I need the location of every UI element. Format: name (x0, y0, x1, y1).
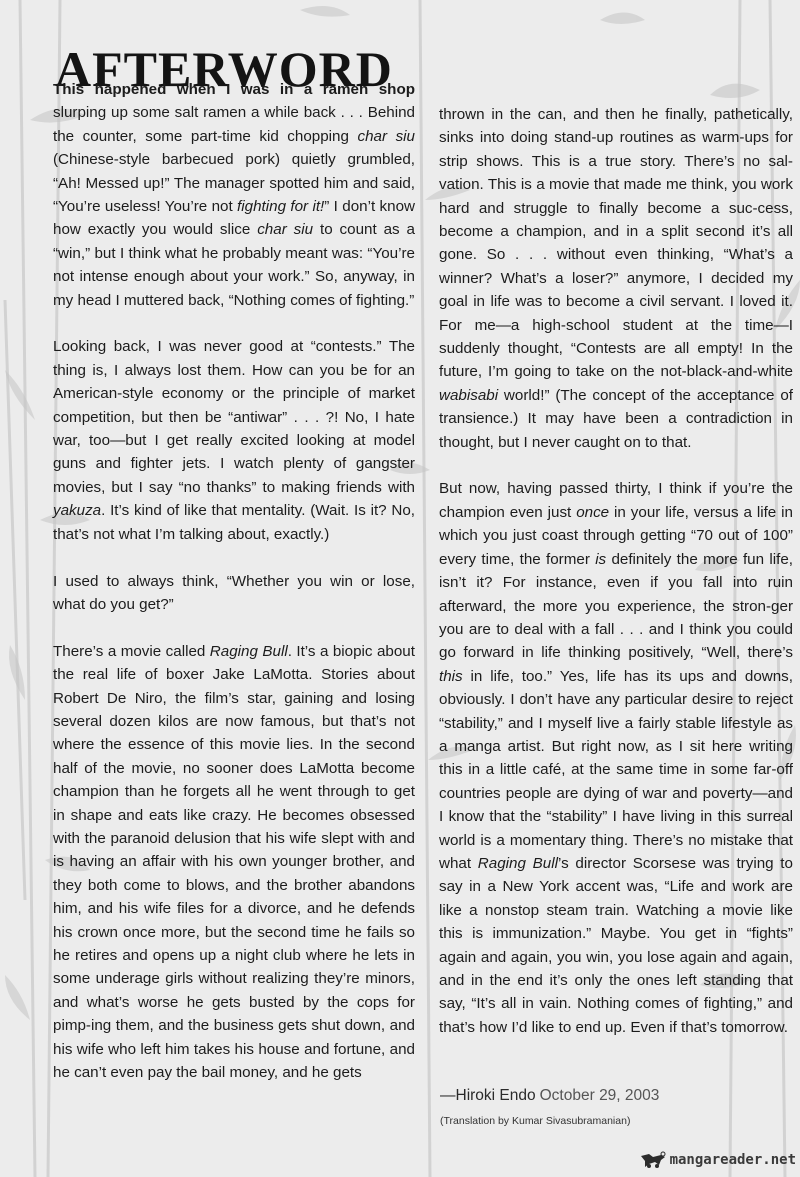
italic-text: wabisabi (439, 387, 498, 404)
text: . It’s kind of like that mentality. (Wai… (53, 502, 415, 542)
paragraph-raging-bull: There’s a movie called Raging Bull. It’s… (53, 640, 415, 1085)
watermark-text: mangareader.net (670, 1152, 796, 1168)
italic-text: Raging Bull (210, 643, 288, 660)
signature-date: October 29, 2003 (540, 1087, 660, 1104)
italic-text: fighting for it! (237, 198, 324, 215)
paragraph-passed-thirty: But now, having passed thirty, I think i… (439, 477, 793, 1039)
italic-text: char siu (257, 221, 313, 238)
text: in life, too.” Yes, life has its ups and… (439, 668, 793, 872)
translation-credit: (Translation by Kumar Sivasubramanian) (440, 1115, 630, 1127)
signature: —Hiroki EndoOctober 29, 2003 (440, 1087, 659, 1105)
text: . It’s a biopic about the real life of b… (53, 643, 415, 1081)
italic-text: char siu (358, 128, 416, 145)
text: thrown in the can, and then he finally, … (439, 106, 793, 380)
paragraph-ramen-shop: This happened when I was in a ramen shop… (53, 78, 415, 312)
paragraph-no-salvation: thrown in the can, and then he finally, … (439, 103, 793, 454)
right-column: thrown in the can, and then he finally, … (439, 103, 793, 1063)
text: There’s a movie called (53, 643, 210, 660)
site-watermark: mangareader.net (639, 1151, 796, 1169)
paragraph-contests: Looking back, I was never good at “conte… (53, 335, 415, 546)
lead-in-text: This happened when I was in a ramen shop (53, 81, 415, 98)
paragraph-win-or-lose: I used to always think, “Whether you win… (53, 570, 415, 617)
italic-text: is (595, 551, 606, 568)
text: Looking back, I was never good at “conte… (53, 338, 415, 495)
author-name: —Hiroki Endo (440, 1087, 536, 1104)
italic-text: yakuza (53, 502, 101, 519)
afterword-page: AFTERWORD This happened when I was in a … (0, 0, 800, 1177)
italic-text: once (576, 504, 609, 521)
left-column: This happened when I was in a ramen shop… (53, 78, 415, 1108)
cow-logo-icon (639, 1151, 667, 1169)
italic-text: Raging Bull (478, 855, 558, 872)
text: ’s director Scorsese was trying to say i… (439, 855, 793, 1036)
italic-text: this (439, 668, 463, 685)
